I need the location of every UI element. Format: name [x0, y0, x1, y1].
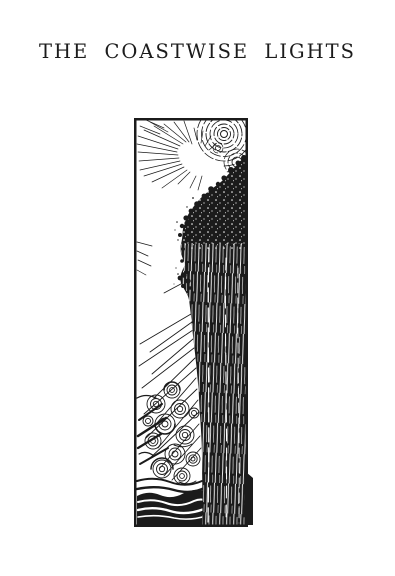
cliff-overhang	[245, 470, 253, 525]
book-page: THE COASTWISE LIGHTS	[0, 0, 395, 576]
light-burst	[137, 120, 216, 190]
scrub-texture	[174, 154, 254, 250]
page-title: THE COASTWISE LIGHTS	[0, 40, 395, 63]
coastwise-lights-illustration	[134, 118, 260, 527]
breaking-waves	[137, 479, 212, 525]
illustration-canvas	[134, 118, 260, 527]
